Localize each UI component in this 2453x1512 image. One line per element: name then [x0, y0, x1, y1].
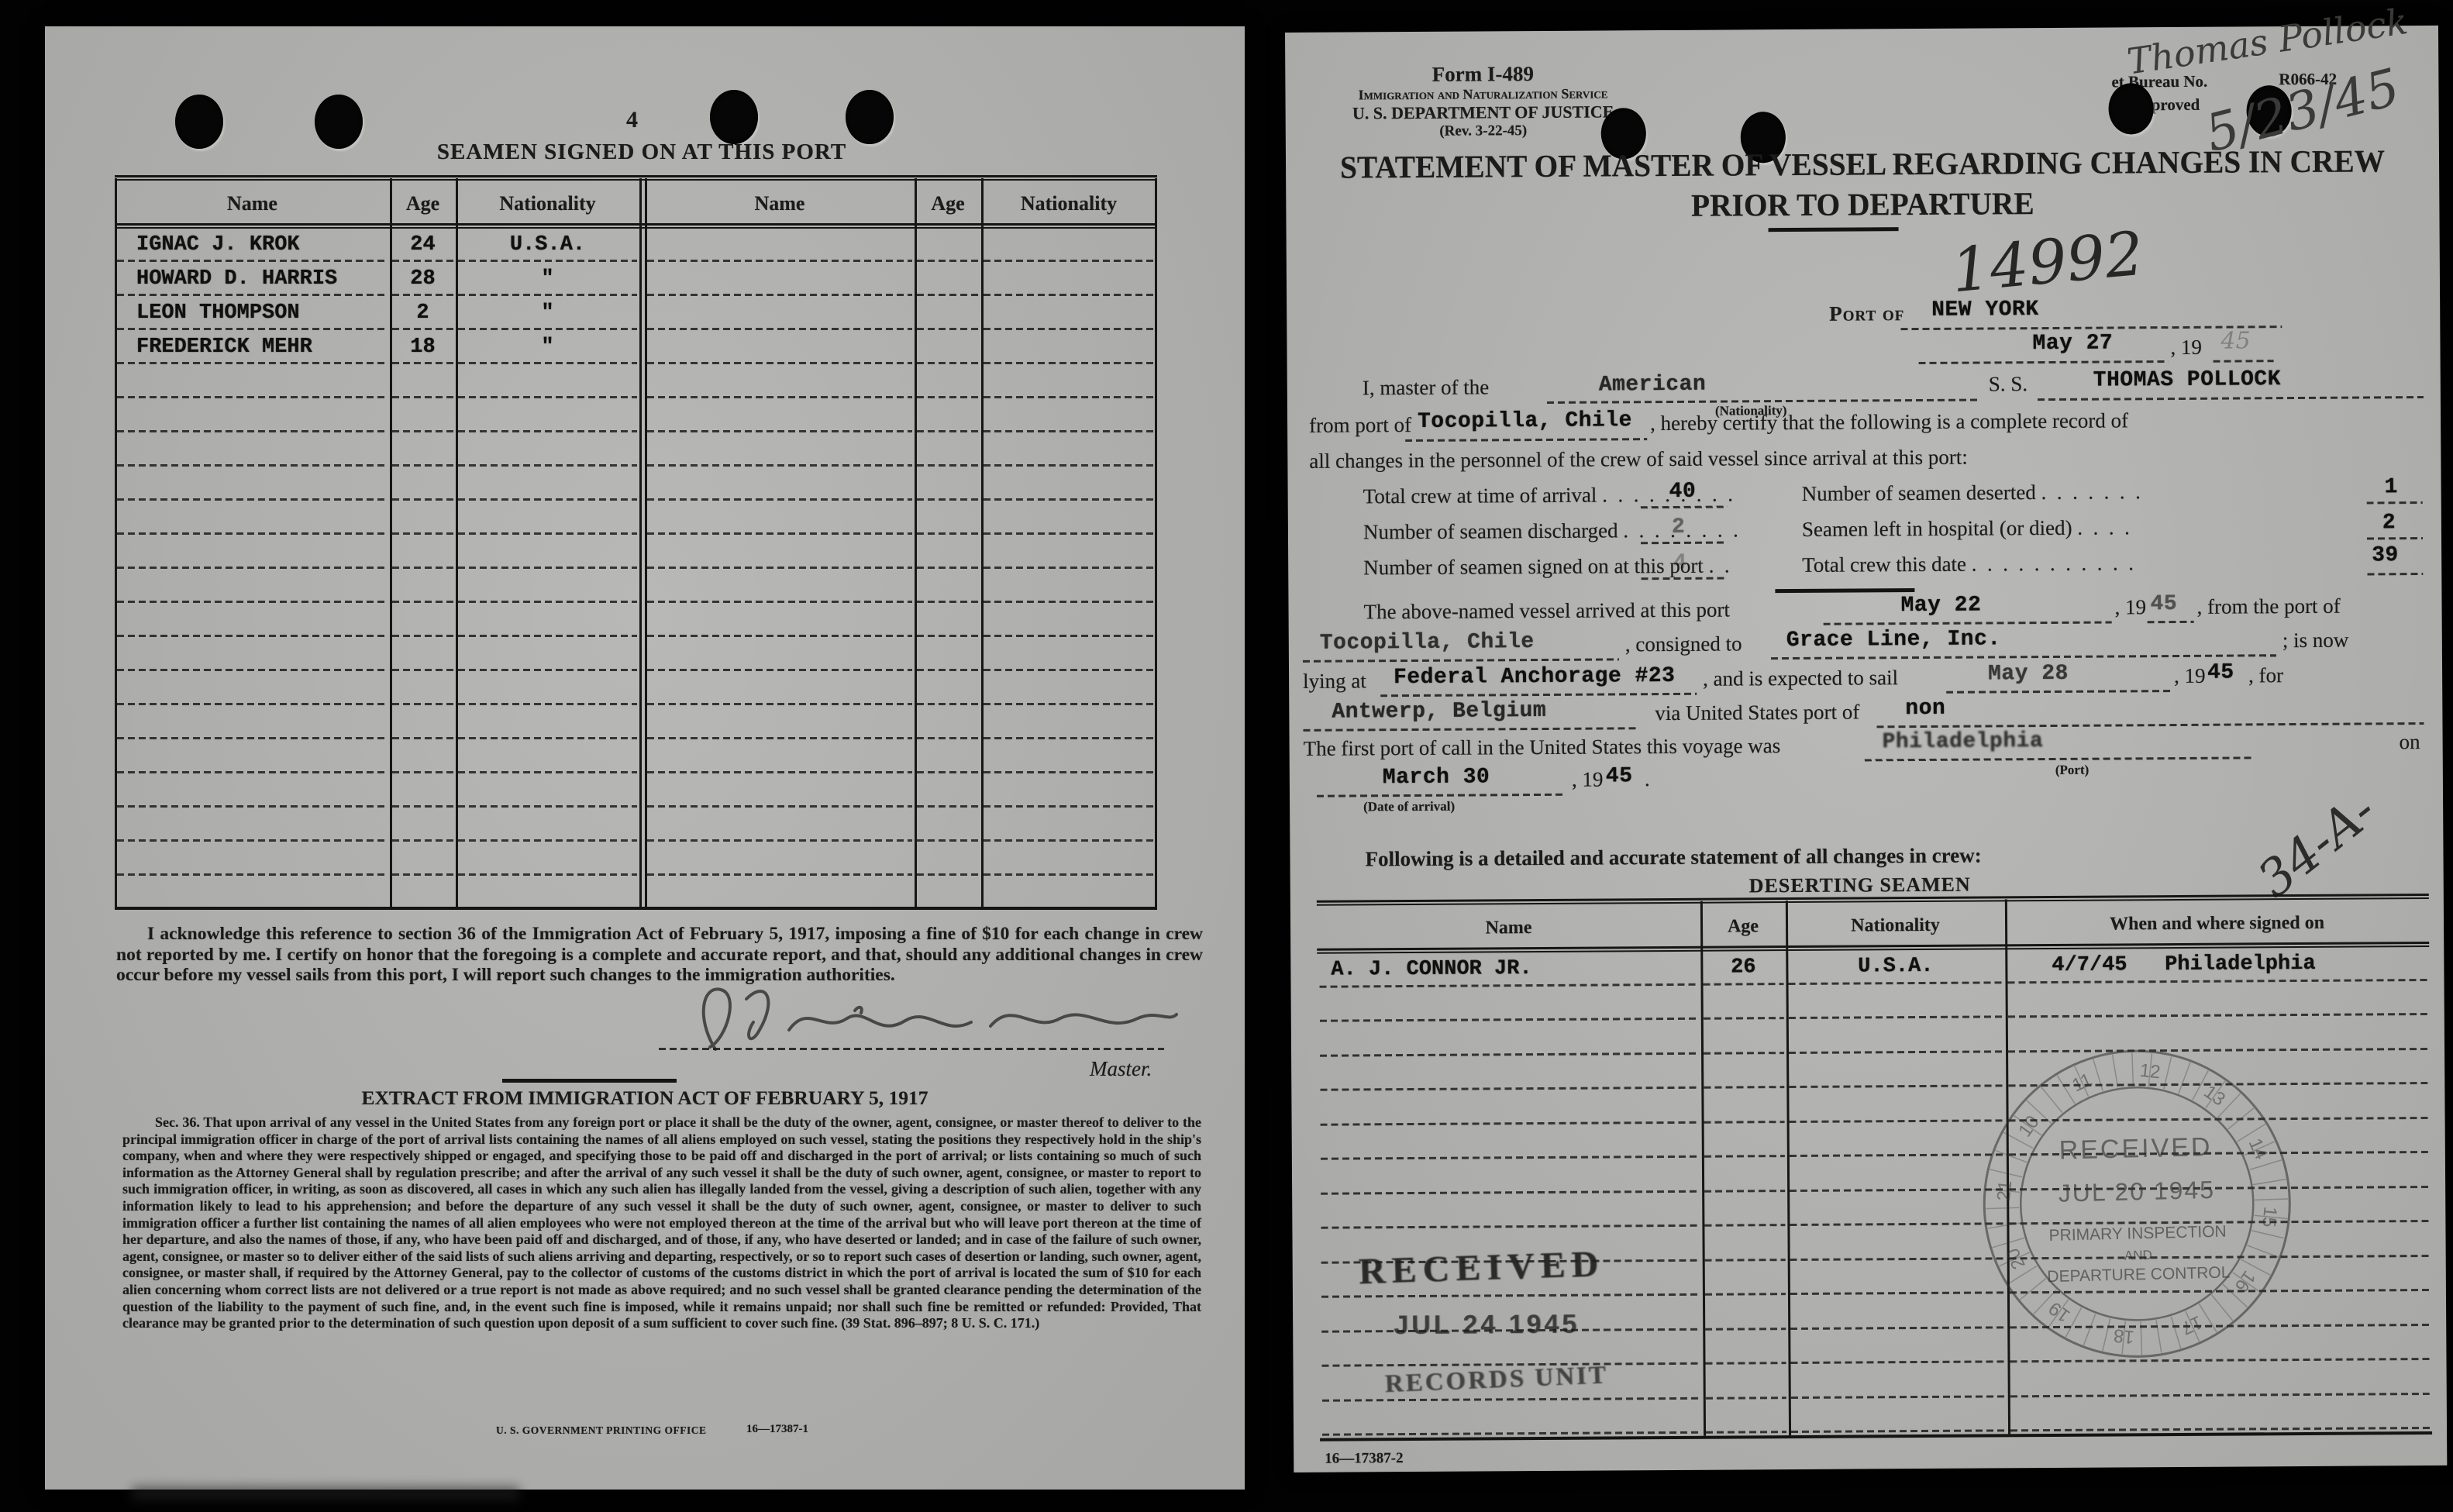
- seaman-name: HOWARD D. HARRIS: [115, 263, 390, 298]
- seaman-name: IGNAC J. KROK: [115, 229, 390, 263]
- deserter-nationality: U.S.A.: [1786, 950, 2005, 986]
- voyage-from-port-value: Tocopilla, Chile: [1320, 630, 1535, 656]
- vessel-name-value: THOMAS POLLOCK: [2093, 367, 2281, 392]
- voyage-seg9: The first port of call in the United Sta…: [1304, 734, 1781, 761]
- received-stamp: RECEIVED: [1358, 1242, 1605, 1293]
- table-row: FREDERICK MEHR18": [115, 332, 1157, 366]
- svg-text:15: 15: [2258, 1206, 2280, 1228]
- handwritten-case-number: 14992: [1948, 219, 2146, 307]
- seamen-signed-table: Name Age Nationality Name Age Nationalit…: [115, 175, 1157, 911]
- table-row: [115, 604, 1157, 639]
- punch-hole: [710, 90, 758, 144]
- stat-total-value: 39: [2372, 543, 2399, 567]
- table-row: [115, 434, 1157, 468]
- circular-received-stamp: 101112131415161718192021 RECEIVED JUL 20…: [1959, 1026, 2315, 1382]
- vessel-nationality-value: American: [1599, 373, 1707, 398]
- year-19-prefix: , 19: [2170, 336, 2202, 360]
- master-signature: [673, 976, 1184, 1065]
- certify-text: , hereby certify that the following is a…: [1650, 408, 2128, 436]
- received-date-stamp: JUL 24 1945: [1394, 1310, 1580, 1341]
- svg-text:PRIMARY INSPECTION: PRIMARY INSPECTION: [2048, 1223, 2227, 1245]
- col-header-nationality: Nationality: [456, 192, 639, 215]
- table-row: [115, 843, 1157, 877]
- svg-text:AND: AND: [2124, 1248, 2152, 1263]
- printing-office-footer: U. S. GOVERNMENT PRINTING OFFICE: [496, 1424, 707, 1437]
- table-row: [1320, 1396, 2432, 1437]
- voyage-seg8: via United States port of: [1655, 700, 1859, 725]
- sail-date-value: May 28: [1988, 662, 2069, 687]
- table-row: LEON THOMPSON2": [115, 298, 1157, 332]
- port-value: NEW YORK: [1931, 298, 2039, 322]
- svg-text:16: 16: [2231, 1267, 2260, 1296]
- consignee-value: Grace Line, Inc.: [1786, 627, 2001, 653]
- d-col-header-name: Name: [1317, 917, 1700, 940]
- voyage-seg1: The above-named vessel arrived at this p…: [1363, 598, 1730, 625]
- stat-arrival-value: 40: [1669, 480, 1697, 504]
- table-row: [115, 809, 1157, 843]
- svg-text:11: 11: [2069, 1069, 2096, 1097]
- d-col-header-age: Age: [1700, 916, 1786, 938]
- voyage-y3: , 19: [1572, 768, 1604, 792]
- form-id-block: Form I-489 Immigration and Naturalizatio…: [1332, 61, 1635, 140]
- statement-date-value: May 27: [2032, 331, 2113, 356]
- col-header-name-2: Name: [645, 192, 915, 215]
- deserter-name: A. J. CONNOR JR.: [1317, 952, 1700, 990]
- stat-hospital-value: 2: [2382, 511, 2396, 535]
- left-page: 4 SEAMEN SIGNED ON AT THIS PORT Name Age…: [45, 26, 1245, 1490]
- table-row: [115, 775, 1157, 809]
- voyage-seg7: , for: [2248, 663, 2283, 687]
- page-number: 4: [626, 107, 638, 133]
- lying-at-value: Federal Anchorage #23: [1394, 664, 1676, 690]
- table-row: [115, 502, 1157, 536]
- table-row: [115, 639, 1157, 673]
- svg-text:DEPARTURE CONTROL: DEPARTURE CONTROL: [2047, 1264, 2231, 1286]
- master-label: Master.: [1090, 1057, 1152, 1081]
- svg-text:14: 14: [2245, 1135, 2272, 1162]
- form-title-line1: STATEMENT OF MASTER OF VESSEL REGARDING …: [1309, 142, 2417, 186]
- following-statement: Following is a detailed and accurate sta…: [1365, 844, 1981, 872]
- form-number: Form I-489: [1332, 61, 1634, 87]
- from-port-value: Tocopilla, Chile: [1418, 408, 1632, 434]
- signature-line: [659, 1048, 1164, 1050]
- voyage-seg6: , and is expected to sail: [1703, 666, 1898, 691]
- deserter-age: 26: [1700, 952, 1786, 987]
- destination-value: Antwerp, Belgium: [1332, 699, 1546, 725]
- seaman-age: 28: [390, 263, 456, 298]
- voyage-y2: , 19: [2174, 664, 2206, 688]
- seaman-age: 24: [390, 229, 456, 263]
- scanned-document: 4 SEAMEN SIGNED ON AT THIS PORT Name Age…: [0, 0, 2453, 1512]
- svg-text:17: 17: [2178, 1311, 2205, 1339]
- seaman-name: LEON THOMPSON: [115, 298, 390, 332]
- form-title-line2: PRIOR TO DEPARTURE: [1309, 182, 2417, 226]
- port-sublabel: (Port): [2055, 763, 2090, 778]
- voyage-y1: , 19: [2114, 595, 2146, 619]
- form-code-right: 16—17387-2: [1325, 1450, 1403, 1468]
- seaman-name: FREDERICK MEHR: [115, 332, 390, 366]
- svg-text:RECEIVED: RECEIVED: [2059, 1132, 2213, 1166]
- voyage-seg10: on: [2400, 730, 2420, 754]
- col-header-age-2: Age: [915, 192, 981, 215]
- table-row: [115, 536, 1157, 570]
- agency-name: Immigration and Naturalization Service: [1332, 85, 1634, 103]
- extract-body: Sec. 36. That upon arrival of any vessel…: [122, 1114, 1201, 1332]
- first-port-date-value: March 30: [1383, 765, 1490, 790]
- svg-text:12: 12: [2139, 1060, 2162, 1083]
- svg-text:13: 13: [2200, 1081, 2228, 1111]
- certify-text-2: all changes in the personnel of the crew…: [1309, 446, 1968, 474]
- svg-text:19: 19: [2045, 1297, 2074, 1327]
- voyage-seg2: , from the port of: [2196, 594, 2340, 619]
- table-row: HOWARD D. HARRIS28": [115, 263, 1157, 298]
- svg-text:10: 10: [2014, 1112, 2044, 1141]
- svg-text:18: 18: [2113, 1324, 2135, 1347]
- svg-text:20: 20: [2002, 1245, 2030, 1272]
- divider-rule: [502, 1079, 677, 1083]
- voyage-seg3: , consigned to: [1625, 632, 1742, 656]
- stat-discharged-value: 2: [1672, 515, 1686, 539]
- svg-text:21: 21: [1993, 1180, 2016, 1202]
- col-header-name: Name: [115, 192, 390, 215]
- stat-total: Total crew this date . . . . . . . . . .…: [1802, 551, 2134, 577]
- table-row: [115, 366, 1157, 400]
- seaman-nationality: ": [456, 298, 639, 332]
- deserter-signed-on: 4/7/45 Philadelphia: [2005, 948, 2429, 985]
- master-of-label: I, master of the: [1363, 375, 1490, 400]
- revision-date: (Rev. 3-22-45): [1332, 122, 1635, 140]
- form-code-left: 16—17387-1: [746, 1423, 808, 1436]
- d-col-header-nationality: Nationality: [1786, 914, 2005, 937]
- svg-text:JUL 20 1945: JUL 20 1945: [2058, 1176, 2215, 1207]
- port-of-label: Port of: [1829, 301, 1904, 326]
- voyage-seg5: lying at: [1303, 669, 1366, 693]
- table-row: [115, 468, 1157, 502]
- voyage-period: .: [1645, 767, 1650, 791]
- via-port-value: non: [1905, 697, 1945, 721]
- stat-hospital: Seamen left in hospital (or died) . . . …: [1802, 515, 2130, 542]
- from-port-label: from port of: [1309, 413, 1411, 438]
- seaman-nationality: ": [456, 332, 639, 366]
- stat-deserted: Number of seamen deserted . . . . . . .: [1802, 480, 2141, 506]
- first-port-value: Philadelphia: [1883, 729, 2044, 754]
- arrived-year-value: 45: [2150, 592, 2177, 616]
- table-row: [115, 673, 1157, 707]
- stat-deserted-value: 1: [2385, 475, 2399, 499]
- seaman-age: 18: [390, 332, 456, 366]
- sail-year-value: 45: [2207, 661, 2234, 685]
- table-row: [115, 570, 1157, 604]
- voyage-seg4: ; is now: [2282, 629, 2349, 653]
- scan-smudge: [132, 1486, 519, 1500]
- table-row: [115, 741, 1157, 775]
- table-row: [115, 707, 1157, 741]
- seamen-signed-title: SEAMEN SIGNED ON AT THIS PORT: [45, 139, 1239, 165]
- right-page: Form I-489 Immigration and Naturalizatio…: [1285, 26, 2447, 1472]
- department-name: U. S. DEPARTMENT OF JUSTICE: [1332, 102, 1635, 123]
- extract-title: EXTRACT FROM IMMIGRATION ACT OF FEBRUARY…: [45, 1087, 1245, 1110]
- seaman-nationality: ": [456, 263, 639, 298]
- statement-year-value: 45: [2220, 327, 2250, 354]
- seaman-age: 2: [390, 298, 456, 332]
- seaman-nationality: U.S.A.: [456, 229, 639, 263]
- d-col-header-signed-on: When and where signed on: [2005, 912, 2429, 935]
- col-header-age: Age: [390, 192, 456, 215]
- date-of-arrival-sublabel: (Date of arrival): [1363, 799, 1455, 815]
- punch-hole: [846, 90, 894, 144]
- first-port-year-value: 45: [1606, 764, 1633, 788]
- col-header-nationality-2: Nationality: [981, 192, 1156, 215]
- table-row: IGNAC J. KROK24U.S.A.: [115, 229, 1157, 263]
- punch-hole: [2108, 83, 2153, 134]
- arrived-date-value: May 22: [1900, 594, 1981, 618]
- seamen-rows: IGNAC J. KROK24U.S.A.HOWARD D. HARRIS28"…: [115, 229, 1157, 911]
- table-row: [115, 400, 1157, 434]
- ss-label: S. S.: [1989, 372, 2028, 396]
- stat-signed-on-value: 4: [1673, 551, 1687, 575]
